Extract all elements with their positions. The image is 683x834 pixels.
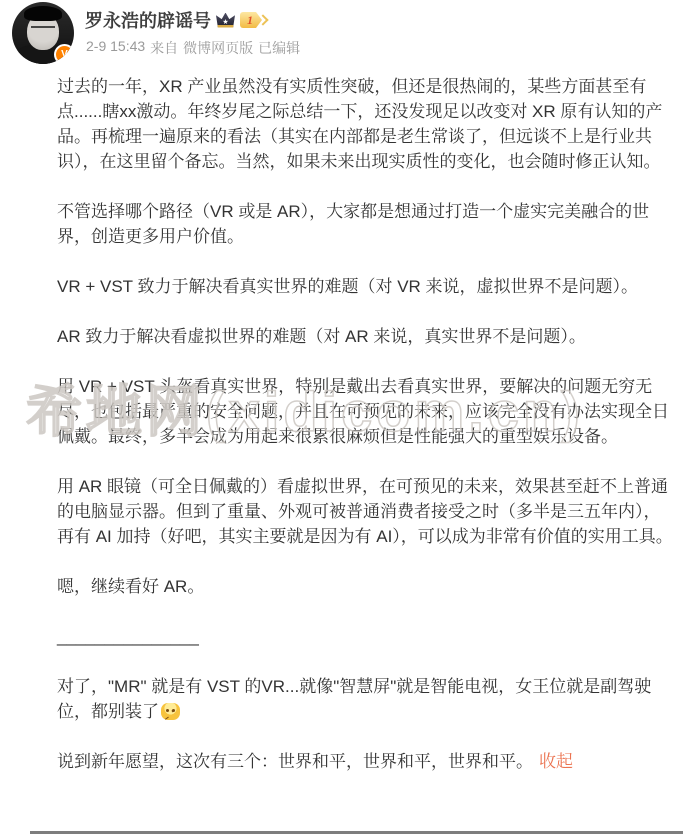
member-crown-icon[interactable]: ★ (216, 13, 235, 28)
post-paragraph: 嗯，继续看好 AR。 (57, 574, 673, 599)
verified-v-icon: V (54, 44, 74, 64)
post-time: 2-9 15:43 (86, 38, 145, 58)
divider-line: _______________ (57, 624, 673, 649)
mr-paragraph-text: 对了，"MR" 就是有 VST 的VR...就像"智慧屏"就是智能电视，女王位就… (57, 677, 651, 721)
avatar-hair (24, 6, 62, 21)
username[interactable]: 罗永浩的辟谣号 (85, 7, 211, 33)
wish-paragraph-text: 说到新年愿望，这次有三个：世界和平，世界和平，世界和平。 (57, 752, 533, 771)
member-level-badge[interactable]: 1 (240, 12, 267, 28)
crown-star-icon: ★ (216, 17, 235, 28)
user-headline: 罗永浩的辟谣号 ★ 1 (85, 7, 267, 33)
post-content: 过去的一年，XR 产业虽然没有实质性突破，但还是很热闹的，某些方面甚至有点...… (0, 70, 683, 774)
user-avatar[interactable]: V (12, 2, 74, 64)
from-label: 来自 (150, 38, 178, 58)
post-source-link[interactable]: 微博网页版 (183, 38, 253, 58)
post-paragraph: 不管选择哪个路径（VR 或是 AR），大家都是想通过打造一个虚实完美融合的世界，… (57, 199, 673, 249)
post-paragraph: 过去的一年，XR 产业虽然没有实质性突破，但还是很热闹的，某些方面甚至有点...… (57, 74, 673, 174)
post-header: V 罗永浩的辟谣号 ★ 1 2-9 15:43 来自 微博网页版 已编辑 (0, 0, 683, 70)
post-paragraph: AR 致力于解决看虚拟世界的难题（对 AR 来说，真实世界不是问题）。 (57, 324, 673, 349)
post-paragraph: 用 VR + VST 头盔看真实世界，特别是戴出去看真实世界，要解决的问题无穷无… (57, 374, 673, 449)
post-paragraph: VR + VST 致力于解决看真实世界的难题（对 VR 来说，虚拟世界不是问题）… (57, 274, 673, 299)
post-meta: 2-9 15:43 来自 微博网页版 已编辑 (86, 38, 300, 58)
post-paragraph-mr: 对了，"MR" 就是有 VST 的VR...就像"智慧屏"就是智能电视，女王位就… (57, 674, 673, 724)
collapse-link[interactable]: 收起 (539, 752, 573, 771)
post-paragraph-wish: 说到新年愿望，这次有三个：世界和平，世界和平，世界和平。收起 (57, 749, 673, 774)
edited-label: 已编辑 (258, 38, 300, 58)
shrug-emoji (161, 703, 180, 720)
chevron-right-icon (257, 14, 268, 25)
weibo-post-page: V 罗永浩的辟谣号 ★ 1 2-9 15:43 来自 微博网页版 已编辑 过去的… (0, 0, 683, 834)
avatar-glasses (31, 26, 55, 34)
post-paragraph: 用 AR 眼镜（可全日佩戴的）看虚拟世界，在可预见的未来，效果甚至赶不上普通的电… (57, 474, 673, 549)
